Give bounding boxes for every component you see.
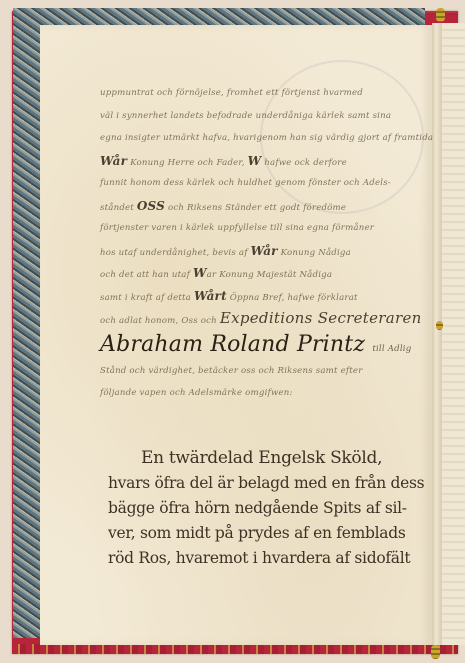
emphasis-word: OSS xyxy=(137,199,165,213)
text-fragment: hafwe ock derfore xyxy=(264,158,347,168)
emphasis-word: Wår xyxy=(100,154,127,168)
text-line: ståndet OSS och Riksens Ständer ett godt… xyxy=(100,195,400,218)
blazon-line: röd Ros, hvaremot i hvardera af sidofält xyxy=(108,546,408,571)
text-line: hos utaf underdånighet, bevis af Wår Kon… xyxy=(100,240,400,263)
text-fragment: Konung Herre och Fader, xyxy=(130,158,245,168)
page-stack-edge xyxy=(442,23,465,645)
ribbon-tie-middle-icon xyxy=(436,321,443,330)
blazon-text: En twärdelad Engelsk Sköld, hvars öfra d… xyxy=(108,446,408,571)
emphasis-word: W xyxy=(193,266,207,280)
text-line: följande vapen och Adelsmärke omgifwen: xyxy=(100,382,400,405)
text-line: Wår Konung Herre och Fader, W hafwe ock … xyxy=(100,150,400,173)
ribbon-tie-top-icon xyxy=(436,8,445,22)
text-line: egna insigter utmärkt hafva, hvarigenom … xyxy=(100,127,400,150)
manuscript-text: uppmuntrat och förnöjelse, fromhet ett f… xyxy=(100,82,400,405)
emphasis-word: Wår xyxy=(251,244,278,258)
text-fragment: och Riksens Ständer ett godt föredöme xyxy=(168,203,346,213)
text-line: förtjenster varen i kärlek uppfyllelse t… xyxy=(100,217,400,240)
text-fragment: till Adlig xyxy=(372,344,411,354)
blazon-line: hvars öfra del är belagd med en från des… xyxy=(108,471,408,496)
text-line: samt i kraft af detta Wårt Öppna Bref, h… xyxy=(100,285,400,308)
text-fragment: och adlat honom, Oss och xyxy=(100,316,217,326)
text-line: väl i synnerhet landets befodrade underd… xyxy=(100,105,400,128)
blazon-line: En twärdelad Engelsk Sköld, xyxy=(108,446,408,471)
text-line-name: Abraham Roland Printz till Adlig xyxy=(100,330,400,360)
binding-bottom-edge xyxy=(12,644,458,654)
text-fragment: samt i kraft af detta xyxy=(100,293,191,303)
text-line: och det att han utaf War Konung Majestät… xyxy=(100,262,400,285)
recipient-name: Abraham Roland Printz xyxy=(100,332,365,357)
text-fragment: och det att han utaf xyxy=(100,270,190,280)
text-line: Stånd och värdighet, betäcker oss och Ri… xyxy=(100,360,400,383)
ribbon-tie-bottom-icon xyxy=(431,645,440,659)
page-gutter xyxy=(432,23,442,645)
text-line: uppmuntrat och förnöjelse, fromhet ett f… xyxy=(100,82,400,105)
text-fragment: Öppna Bref, hafwe förklarat xyxy=(230,293,358,303)
emphasis-word: Wårt xyxy=(194,289,227,303)
text-fragment: ar Konung Majestät Nådiga xyxy=(207,270,333,280)
text-fragment: Konung Nådiga xyxy=(281,248,351,258)
text-line: och adlat honom, Oss och Expeditions Sec… xyxy=(100,307,400,330)
text-line: funnit honom dess kärlek och huldhet gen… xyxy=(100,172,400,195)
emphasis-word: W xyxy=(248,154,262,168)
blazon-line: bägge öfra hörn nedgående Spits af sil- xyxy=(108,496,408,521)
blazon-line: ver, som midt på prydes af en femblads xyxy=(108,521,408,546)
title-script: Expeditions Secreteraren xyxy=(220,309,422,327)
text-fragment: ståndet xyxy=(100,203,134,213)
text-fragment: hos utaf underdånighet, bevis af xyxy=(100,248,248,258)
